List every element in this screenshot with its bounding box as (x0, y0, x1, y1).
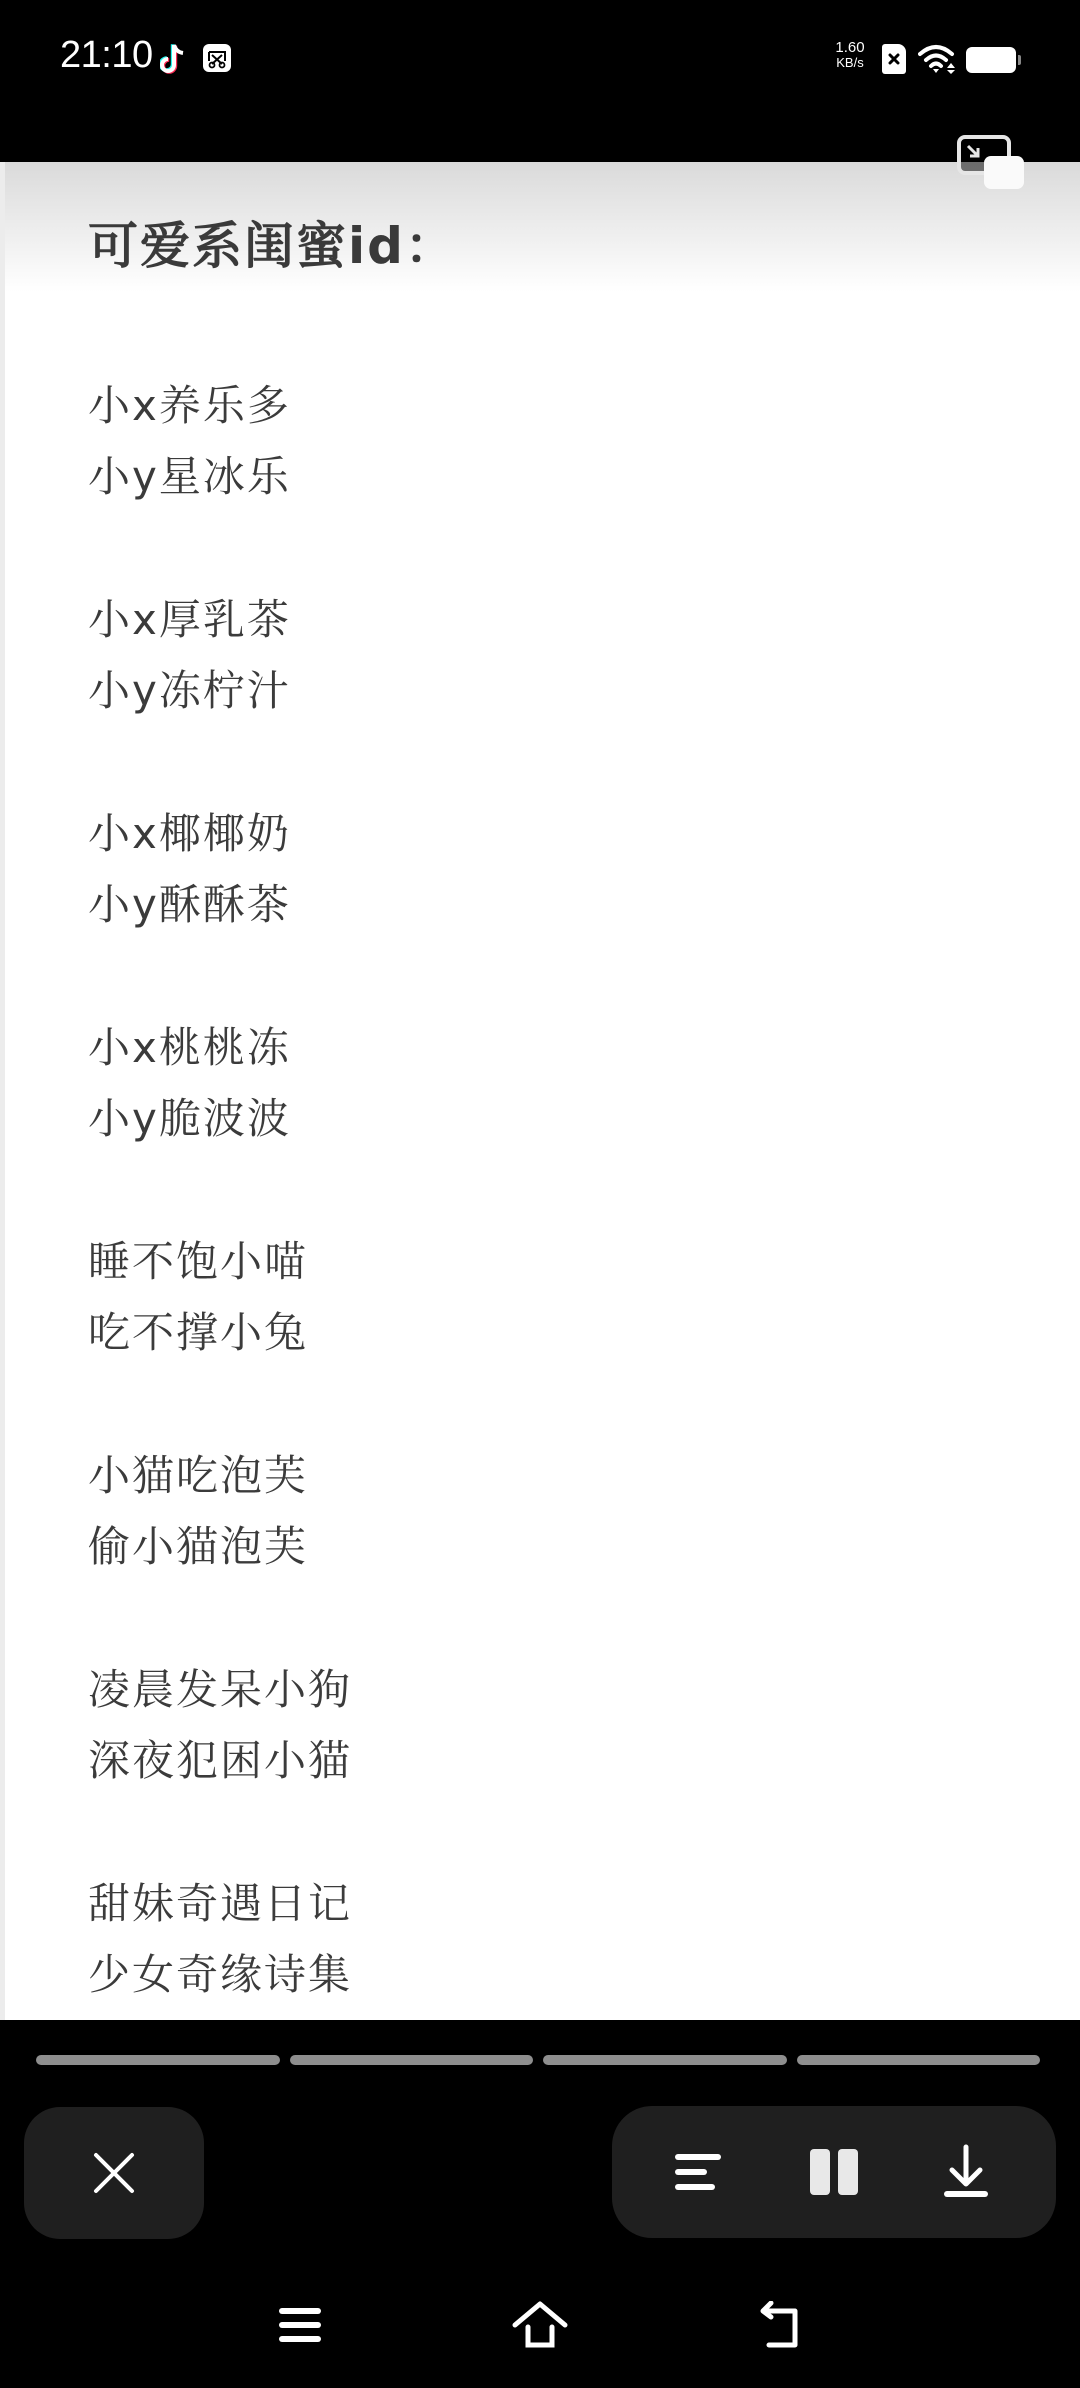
list-button[interactable] (648, 2106, 748, 2238)
id-item: 小y冻柠汁 (88, 655, 352, 726)
id-pair: 小x厚乳茶 小y冻柠汁 (88, 584, 352, 726)
system-nav-bar (0, 2290, 1080, 2388)
pause-button[interactable] (784, 2106, 884, 2238)
no-sim-icon (882, 44, 906, 74)
list-icon (673, 2150, 723, 2194)
page-edge (0, 162, 5, 2020)
battery-icon (966, 47, 1016, 73)
close-button[interactable] (24, 2107, 204, 2239)
download-button[interactable] (916, 2106, 1016, 2238)
id-item: 小y星冰乐 (88, 441, 352, 512)
id-item: 吃不撑小兔 (88, 1297, 352, 1368)
back-button[interactable] (735, 2290, 825, 2360)
progress-segment (543, 2055, 787, 2065)
id-list: 小x养乐多 小y星冰乐 小x厚乳茶 小y冻柠汁 小x椰椰奶 小y酥酥茶 小x桃桃… (88, 370, 352, 2020)
id-item: 小x椰椰奶 (88, 798, 352, 869)
id-pair: 小猫吃泡芙 偷小猫泡芙 (88, 1440, 352, 1582)
id-item: 小y脆波波 (88, 1083, 352, 1154)
wifi-icon (918, 44, 958, 74)
home-button[interactable] (495, 2290, 585, 2360)
download-icon (941, 2144, 991, 2200)
id-item: 小x厚乳茶 (88, 584, 352, 655)
id-item: 偷小猫泡芙 (88, 1511, 352, 1582)
progress-segment (797, 2055, 1041, 2065)
close-icon (92, 2151, 136, 2195)
id-item: 睡不饱小喵 (88, 1226, 352, 1297)
home-icon (510, 2301, 570, 2349)
id-pair: 小x椰椰奶 小y酥酥茶 (88, 798, 352, 940)
id-item: 小猫吃泡芙 (88, 1440, 352, 1511)
tiktok-icon (160, 42, 186, 76)
pause-icon (809, 2147, 859, 2197)
playback-controls (612, 2106, 1056, 2238)
id-pair: 小x桃桃冻 小y脆波波 (88, 1012, 352, 1154)
id-pair: 小x养乐多 小y星冰乐 (88, 370, 352, 512)
id-item: 小y酥酥茶 (88, 869, 352, 940)
status-bar: 21:10 1.60 KB/s (0, 0, 1080, 120)
id-item: 小x养乐多 (88, 370, 352, 441)
id-pair: 甜妹奇遇日记 少女奇缘诗集 (88, 1868, 352, 2010)
picture-in-picture-icon[interactable] (956, 134, 1026, 192)
story-progress-bar (36, 2055, 1040, 2065)
id-item: 凌晨发呆小狗 (88, 1654, 352, 1725)
id-item: 少女奇缘诗集 (88, 1939, 352, 2010)
capcut-icon (203, 44, 231, 72)
document-view[interactable]: 可爱系闺蜜id： 小x养乐多 小y星冰乐 小x厚乳茶 小y冻柠汁 小x椰椰奶 小… (0, 162, 1080, 2020)
id-pair: 凌晨发呆小狗 深夜犯困小猫 (88, 1654, 352, 1796)
progress-segment (36, 2055, 280, 2065)
menu-icon (277, 2305, 323, 2345)
recent-apps-button[interactable] (255, 2290, 345, 2360)
clock: 21:10 (60, 34, 153, 77)
id-pair: 睡不饱小喵 吃不撑小兔 (88, 1226, 352, 1368)
page-title: 可爱系闺蜜id： (88, 206, 457, 278)
id-item: 深夜犯困小猫 (88, 1725, 352, 1796)
back-icon (755, 2301, 805, 2349)
id-item: 小x桃桃冻 (88, 1012, 352, 1083)
network-speed: 1.60 KB/s (830, 40, 870, 70)
progress-segment (290, 2055, 534, 2065)
id-item: 甜妹奇遇日记 (88, 1868, 352, 1939)
